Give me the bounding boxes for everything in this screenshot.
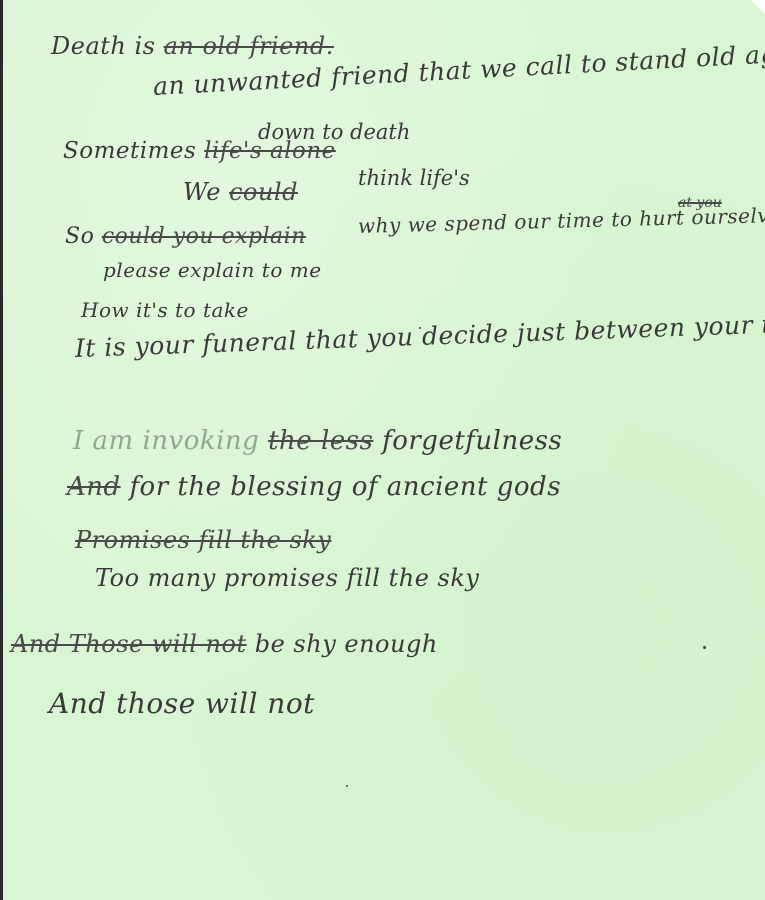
- line-9-struck-text: the less: [268, 426, 373, 456]
- line-3-insert: down to death: [258, 122, 410, 143]
- line-7: How it's to take: [81, 300, 249, 320]
- line-1-text: Death is: [51, 32, 155, 60]
- line-4-insert-text: think life's: [358, 166, 470, 190]
- ink-speck: [419, 327, 421, 329]
- line-4-text: We: [183, 178, 221, 206]
- line-13: And Those will not be shy enough: [11, 632, 438, 656]
- line-9: I am invoking the less forgetfulness: [73, 428, 562, 454]
- line-6-text: please explain to me: [103, 258, 322, 282]
- line-14-text: And those will not: [49, 687, 315, 720]
- line-4: We could: [183, 180, 298, 204]
- line-3-insert-text: down to death: [258, 120, 410, 144]
- page-corner-fold: [751, 0, 765, 14]
- line-12: Too many promises fill the sky: [95, 566, 479, 590]
- ink-speck: [703, 646, 706, 649]
- line-10-struck-text: And: [67, 472, 121, 502]
- line-10: And for the blessing of ancient gods: [67, 474, 561, 500]
- line-5-text: So: [65, 224, 94, 249]
- line-11-struck-text: Promises fill the sky: [75, 526, 331, 554]
- line-5-struck-text: could you explain: [102, 224, 306, 249]
- line-13-struck-text: And Those will not: [11, 630, 247, 658]
- line-13-text: be shy enough: [255, 630, 438, 658]
- line-4-insert: think life's: [358, 168, 470, 189]
- line-1-struck-text: an old friend.: [164, 32, 334, 60]
- line-10-text: for the blessing of ancient gods: [129, 472, 561, 502]
- line-4-struck-text: could: [229, 178, 298, 206]
- ink-speck: [346, 785, 348, 787]
- line-12-text: Too many promises fill the sky: [95, 564, 479, 592]
- line-1: Death is an old friend.: [51, 34, 334, 58]
- manuscript-page: Death is an old friend. an unwanted frie…: [0, 0, 765, 900]
- line-14: And those will not: [49, 690, 315, 718]
- line-5: So could you explain: [65, 226, 306, 248]
- line-9-faint-text: I am invoking: [73, 426, 259, 456]
- line-7-text: How it's to take: [81, 298, 249, 322]
- line-3-text: Sometimes: [63, 138, 196, 164]
- line-6: please explain to me: [103, 260, 322, 280]
- line-11: Promises fill the sky: [75, 528, 331, 552]
- line-9-text: forgetfulness: [382, 426, 562, 456]
- line-5-struck-insert: at you: [678, 196, 722, 210]
- line-5-struck-insert-text: at you: [678, 195, 722, 211]
